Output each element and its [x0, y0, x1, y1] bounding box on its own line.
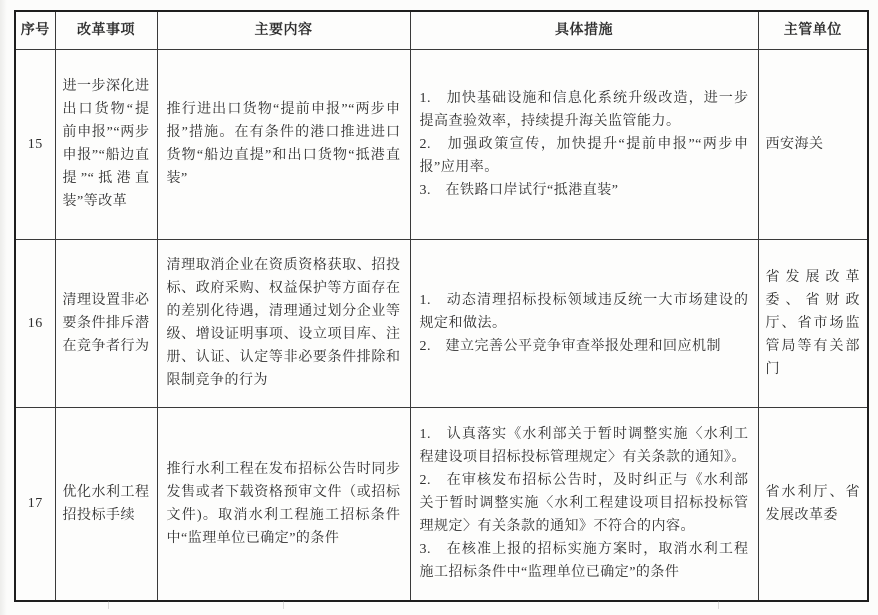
main-content-text: 推行水利工程在发布招标公告时同步发售或者下载资格预审文件（或招标文件)。取消水利… [167, 458, 401, 550]
scanned-document-page: 序号 改革事项 主要内容 具体措施 主管单位 15 进一步深化进出口货物“提前申… [0, 0, 878, 615]
scan-page-edge [0, 0, 7, 615]
row-main-content-cell: 推行进出口货物“提前申报”“两步申报”措施。在有条件的港口推进进口货物“船边直提… [157, 49, 410, 239]
responsible-unit-text: 省发展改革委、省财政厅、省市场监管局等有关部门 [766, 266, 861, 381]
row-serial-number: 16 [15, 239, 55, 407]
reform-item-text: 优化水利工程招投标手续 [63, 481, 150, 527]
scan-artifact-line [108, 601, 109, 609]
table-row: 17 优化水利工程招投标手续 推行水利工程在发布招标公告时同步发售或者下载资格预… [15, 407, 868, 601]
row-reform-item-cell: 优化水利工程招投标手续 [55, 407, 157, 601]
row-main-content-cell: 推行水利工程在发布招标公告时同步发售或者下载资格预审文件（或招标文件)。取消水利… [157, 407, 410, 601]
measure-item: 2. 建立完善公平竞争审查举报处理和回应机制 [420, 335, 749, 358]
reform-item-text: 清理设置非必要条件排斥潜在竞争者行为 [63, 289, 150, 358]
table-row: 16 清理设置非必要条件排斥潜在竞争者行为 清理取消企业在资质资格获取、招投标、… [15, 239, 868, 407]
header-main-content: 主要内容 [157, 11, 410, 49]
measure-item: 2. 加强政策宣传，加快提升“提前申报”“两步申报”应用率。 [420, 133, 749, 179]
table-header-row: 序号 改革事项 主要内容 具体措施 主管单位 [15, 11, 868, 49]
scan-artifact-line [283, 601, 284, 609]
measure-item: 3. 在铁路口岸试行“抵港直装” [420, 179, 749, 202]
row-measures-cell: 1. 加快基础设施和信息化系统升级改造，进一步提高查验效率，持续提升海关监管能力… [410, 49, 758, 239]
reform-item-text: 进一步深化进出口货物“提前申报”“两步申报”“船边直提”“抵港直装”等改革 [63, 75, 150, 213]
measure-item: 3. 在核准上报的招标实施方案时，取消水利工程施工招标条件中“监理单位已确定”的… [420, 538, 749, 584]
row-reform-item-cell: 清理设置非必要条件排斥潜在竞争者行为 [55, 239, 157, 407]
header-responsible-unit: 主管单位 [758, 11, 868, 49]
measure-item: 1. 加快基础设施和信息化系统升级改造，进一步提高查验效率，持续提升海关监管能力… [420, 87, 749, 133]
row-serial-number: 17 [15, 407, 55, 601]
row-reform-item-cell: 进一步深化进出口货物“提前申报”“两步申报”“船边直提”“抵港直装”等改革 [55, 49, 157, 239]
row-measures-cell: 1. 认真落实《水利部关于暂时调整实施〈水利工程建设项目招标投标管理规定〉有关条… [410, 407, 758, 601]
measure-item: 1. 动态清理招标投标领域违反统一大市场建设的规定和做法。 [420, 289, 749, 335]
table-row: 15 进一步深化进出口货物“提前申报”“两步申报”“船边直提”“抵港直装”等改革… [15, 49, 868, 239]
row-main-content-cell: 清理取消企业在资质资格获取、招投标、政府采购、权益保护等方面存在的差别化待遇，清… [157, 239, 410, 407]
row-responsible-unit-cell: 省水利厅、省发展改革委 [758, 407, 868, 601]
row-responsible-unit-cell: 省发展改革委、省财政厅、省市场监管局等有关部门 [758, 239, 868, 407]
header-specific-measures: 具体措施 [410, 11, 758, 49]
measure-item: 1. 认真落实《水利部关于暂时调整实施〈水利工程建设项目招标投标管理规定〉有关条… [420, 423, 749, 469]
scan-artifact-line [718, 601, 719, 609]
header-reform-item: 改革事项 [55, 11, 157, 49]
row-serial-number: 15 [15, 49, 55, 239]
responsible-unit-text: 省水利厅、省发展改革委 [766, 481, 861, 527]
measure-item: 2. 在审核发布招标公告时，及时纠正与《水利部关于暂时调整实施〈水利工程建设项目… [420, 469, 749, 538]
responsible-unit-text: 西安海关 [766, 133, 861, 156]
main-content-text: 推行进出口货物“提前申报”“两步申报”措施。在有条件的港口推进进口货物“船边直提… [167, 98, 401, 190]
main-content-text: 清理取消企业在资质资格获取、招投标、政府采购、权益保护等方面存在的差别化待遇，清… [167, 254, 401, 392]
header-serial-number: 序号 [15, 11, 55, 49]
row-responsible-unit-cell: 西安海关 [758, 49, 868, 239]
reform-measures-table: 序号 改革事项 主要内容 具体措施 主管单位 15 进一步深化进出口货物“提前申… [14, 10, 869, 602]
row-measures-cell: 1. 动态清理招标投标领域违反统一大市场建设的规定和做法。 2. 建立完善公平竞… [410, 239, 758, 407]
